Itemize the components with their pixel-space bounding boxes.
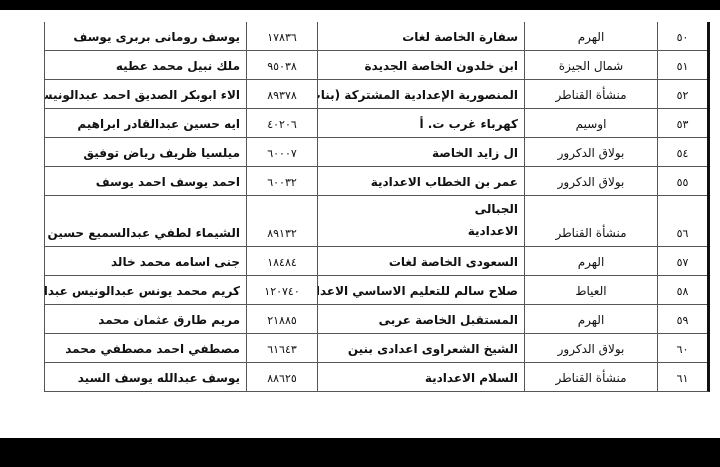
area: بولاق الدكرور [524, 138, 657, 166]
table-row: ٥٨ العياط صلاح سالم للتعليم الاساسي الاع… [45, 275, 707, 304]
seat-number: ٨٩٣٧٨ [246, 80, 317, 108]
area: العياط [524, 276, 657, 304]
table-row: ٥٥ بولاق الدكرور عمر بن الخطاب الاعدادية… [45, 166, 707, 195]
row-number: ٥٨ [657, 276, 707, 304]
area: منشأة القناطر [524, 363, 657, 391]
student-name: يوسف رومانى بربرى يوسف [45, 22, 246, 50]
student-name: احمد يوسف احمد يوسف [45, 167, 246, 195]
school-name: السعودى الخاصة لغات [317, 247, 524, 275]
school-name: ابن خلدون الخاصة الجديدة [317, 51, 524, 79]
table-row: ٦٠ بولاق الدكرور الشيخ الشعراوى اعدادى ب… [45, 333, 707, 362]
row-number: ٥٩ [657, 305, 707, 333]
school-name: الشيخ الشعراوى اعدادى بنين [317, 334, 524, 362]
school-name: الشهيد مجند نعمان رمزى الجبالى الاعدادية [317, 196, 524, 246]
results-table: ٥٠ الهرم سفارة الخاصة لغات ١٧٨٣٦ يوسف رو… [44, 22, 710, 392]
table-row: ٥٧ الهرم السعودى الخاصة لغات ١٨٤٨٤ جنى ا… [45, 246, 707, 275]
school-name: المستقبل الخاصة عربى [317, 305, 524, 333]
seat-number: ٨٩١٣٢ [246, 196, 317, 246]
school-name: كهرباء غرب ت. أ [317, 109, 524, 137]
seat-number: ٦٠٠٠٧ [246, 138, 317, 166]
school-name: المنصورية الإعدادية المشتركة (بنات) [317, 80, 524, 108]
area: منشأة القناطر [524, 80, 657, 108]
seat-number: ١٧٨٣٦ [246, 22, 317, 50]
student-name: ملك نبيل محمد عطيه [45, 51, 246, 79]
seat-number: ١٨٤٨٤ [246, 247, 317, 275]
row-number: ٥٧ [657, 247, 707, 275]
school-name: عمر بن الخطاب الاعدادية [317, 167, 524, 195]
row-number: ٥٢ [657, 80, 707, 108]
row-number: ٥٤ [657, 138, 707, 166]
student-name: كريم محمد يونس عبدالونيس عبدالقادر [45, 276, 246, 304]
area: بولاق الدكرور [524, 167, 657, 195]
student-name: مصطفي احمد مصطفي محمد [45, 334, 246, 362]
school-name-line2: الاعدادية [468, 220, 518, 242]
school-name: صلاح سالم للتعليم الاساسي الاعدادى [317, 276, 524, 304]
area: الهرم [524, 22, 657, 50]
area: بولاق الدكرور [524, 334, 657, 362]
seat-number: ٨٨٦٢٥ [246, 363, 317, 391]
table-row: ٥٢ منشأة القناطر المنصورية الإعدادية الم… [45, 79, 707, 108]
row-number: ٥٦ [657, 196, 707, 246]
table-row: ٥٠ الهرم سفارة الخاصة لغات ١٧٨٣٦ يوسف رو… [45, 22, 707, 50]
table-row: ٦١ منشأة القناطر السلام الاعدادية ٨٨٦٢٥ … [45, 362, 707, 391]
top-black-bar [0, 0, 720, 10]
table-row: ٥٩ الهرم المستقبل الخاصة عربى ٢١٨٨٥ مريم… [45, 304, 707, 333]
student-name: الاء ابوبكر الصديق احمد عبدالونيس [45, 80, 246, 108]
row-number: ٥٥ [657, 167, 707, 195]
student-name: يوسف عبدالله يوسف السيد [45, 363, 246, 391]
row-number: ٥١ [657, 51, 707, 79]
school-name: السلام الاعدادية [317, 363, 524, 391]
student-name: الشيماء لطفي عبدالسميع حسين [45, 196, 246, 246]
table-row: ٥٦ منشأة القناطر الشهيد مجند نعمان رمزى … [45, 195, 707, 246]
student-name: ايه حسين عبدالقادر ابراهيم [45, 109, 246, 137]
seat-number: ٤٠٢٠٦ [246, 109, 317, 137]
area: منشأة القناطر [524, 196, 657, 246]
area: شمال الجيزة [524, 51, 657, 79]
table-row: ٥٣ اوسيم كهرباء غرب ت. أ ٤٠٢٠٦ ايه حسين … [45, 108, 707, 137]
row-number: ٥٣ [657, 109, 707, 137]
area: الهرم [524, 305, 657, 333]
seat-number: ٩٥٠٣٨ [246, 51, 317, 79]
school-name-line1: الشهيد مجند نعمان رمزى الجبالى [324, 196, 518, 220]
seat-number: ٦١٦٤٣ [246, 334, 317, 362]
seat-number: ١٢٠٧٤٠ [246, 276, 317, 304]
bottom-black-bar [0, 438, 720, 467]
row-number: ٦١ [657, 363, 707, 391]
row-number: ٥٠ [657, 22, 707, 50]
school-name: ال زايد الخاصة [317, 138, 524, 166]
table-row: ٥٤ بولاق الدكرور ال زايد الخاصة ٦٠٠٠٧ مي… [45, 137, 707, 166]
area: اوسيم [524, 109, 657, 137]
student-name: مريم طارق عثمان محمد [45, 305, 246, 333]
table-row: ٥١ شمال الجيزة ابن خلدون الخاصة الجديدة … [45, 50, 707, 79]
seat-number: ٢١٨٨٥ [246, 305, 317, 333]
student-name: جنى اسامه محمد خالد [45, 247, 246, 275]
student-name: ميلسيا ظريف رياض توفيق [45, 138, 246, 166]
school-name: سفارة الخاصة لغات [317, 22, 524, 50]
area: الهرم [524, 247, 657, 275]
row-number: ٦٠ [657, 334, 707, 362]
seat-number: ٦٠٠٣٢ [246, 167, 317, 195]
